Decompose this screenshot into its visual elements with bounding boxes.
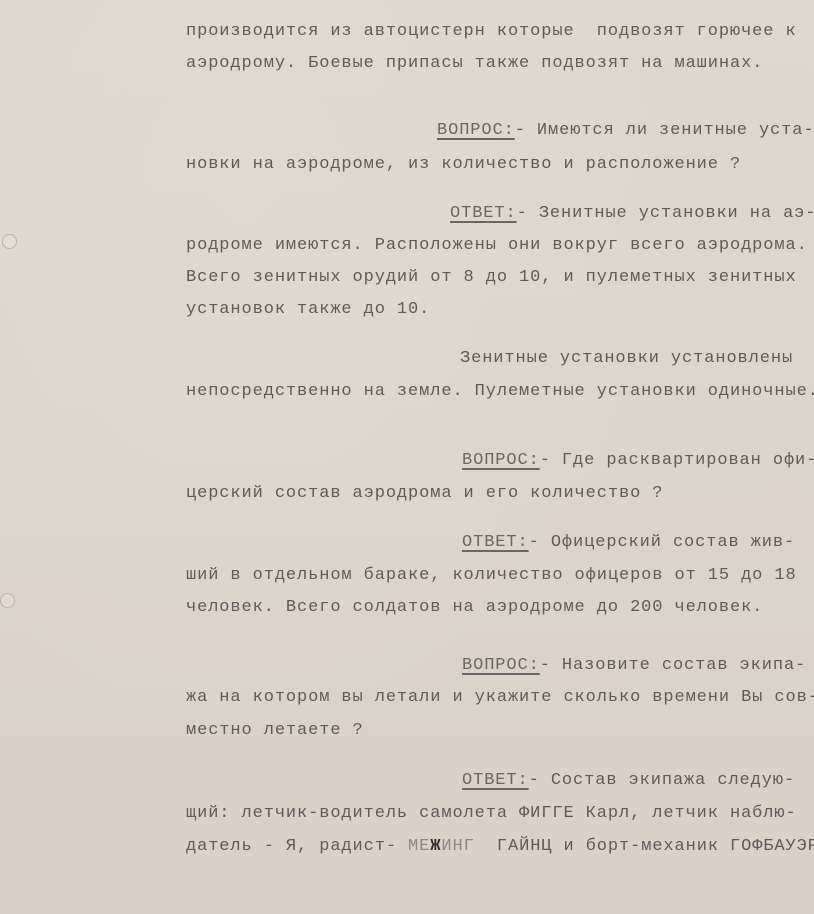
question-text: - Имеются ли зенитные уста- (515, 121, 814, 140)
punch-hole-icon (2, 234, 17, 249)
answer-text: - Зенитные установки на аэ- (517, 204, 814, 223)
text-line: человек. Всего солдатов на аэродроме до … (186, 598, 763, 618)
answer-label: ОТВЕТ: (450, 204, 517, 223)
text-line: местно летаете ? (186, 721, 364, 741)
answer-text: - Состав экипажа следую- (529, 771, 795, 790)
overstruck-letter: Ж (430, 837, 441, 856)
text-line: Зенитные установки установлены (460, 349, 793, 369)
text-line: производится из автоцистерн которые подв… (186, 22, 797, 42)
answer-first-line: ОТВЕТ:- Состав экипажа следую- (462, 771, 795, 791)
faded-name-segment: ИНГ (441, 837, 474, 856)
text-line: щий: летчик-водитель самолета ФИГГЕ Карл… (186, 804, 797, 824)
question-label: ВОПРОС: (462, 451, 540, 470)
text-line: жа на котором вы летали и укажите скольк… (186, 688, 814, 708)
question-text: - Где расквартирован офи- (540, 451, 814, 470)
question-first-line: ВОПРОС:- Назовите состав экипа- (462, 656, 806, 676)
crew-names-line: датель - Я, радист- МЕЖИНГ ГАЙНЦ и борт-… (186, 837, 814, 857)
faded-name-segment: МЕ (408, 837, 430, 856)
text-segment: ГАЙНЦ и борт-механик ГОФБАУЭР (475, 837, 814, 856)
text-line: аэродрому. Боевые припасы также подвозят… (186, 54, 763, 74)
text-line: установок также до 10. (186, 300, 430, 320)
question-text: - Назовите состав экипа- (540, 656, 806, 675)
answer-first-line: ОТВЕТ:- Зенитные установки на аэ- (450, 204, 814, 224)
question-label: ВОПРОС: (462, 656, 540, 675)
answer-label: ОТВЕТ: (462, 771, 529, 790)
text-line: Всего зенитных орудий от 8 до 10, и пуле… (186, 268, 797, 288)
document-page: производится из автоцистерн которые подв… (0, 0, 814, 914)
text-line: родроме имеются. Расположены они вокруг … (186, 236, 808, 256)
text-line: непосредственно на земле. Пулеметные уст… (186, 382, 814, 402)
text-line: ший в отдельном бараке, количество офице… (186, 566, 797, 586)
text-segment: датель - Я, радист- (186, 837, 408, 856)
question-first-line: ВОПРОС:- Имеются ли зенитные уста- (437, 121, 814, 141)
text-line: новки на аэродроме, из количество и расп… (186, 155, 741, 175)
answer-first-line: ОТВЕТ:- Офицерский состав жив- (462, 533, 795, 553)
answer-label: ОТВЕТ: (462, 533, 529, 552)
question-label: ВОПРОС: (437, 121, 515, 140)
question-first-line: ВОПРОС:- Где расквартирован офи- (462, 451, 814, 471)
text-line: церский состав аэродрома и его количеств… (186, 484, 663, 504)
answer-text: - Офицерский состав жив- (529, 533, 795, 552)
punch-hole-icon (0, 593, 15, 608)
